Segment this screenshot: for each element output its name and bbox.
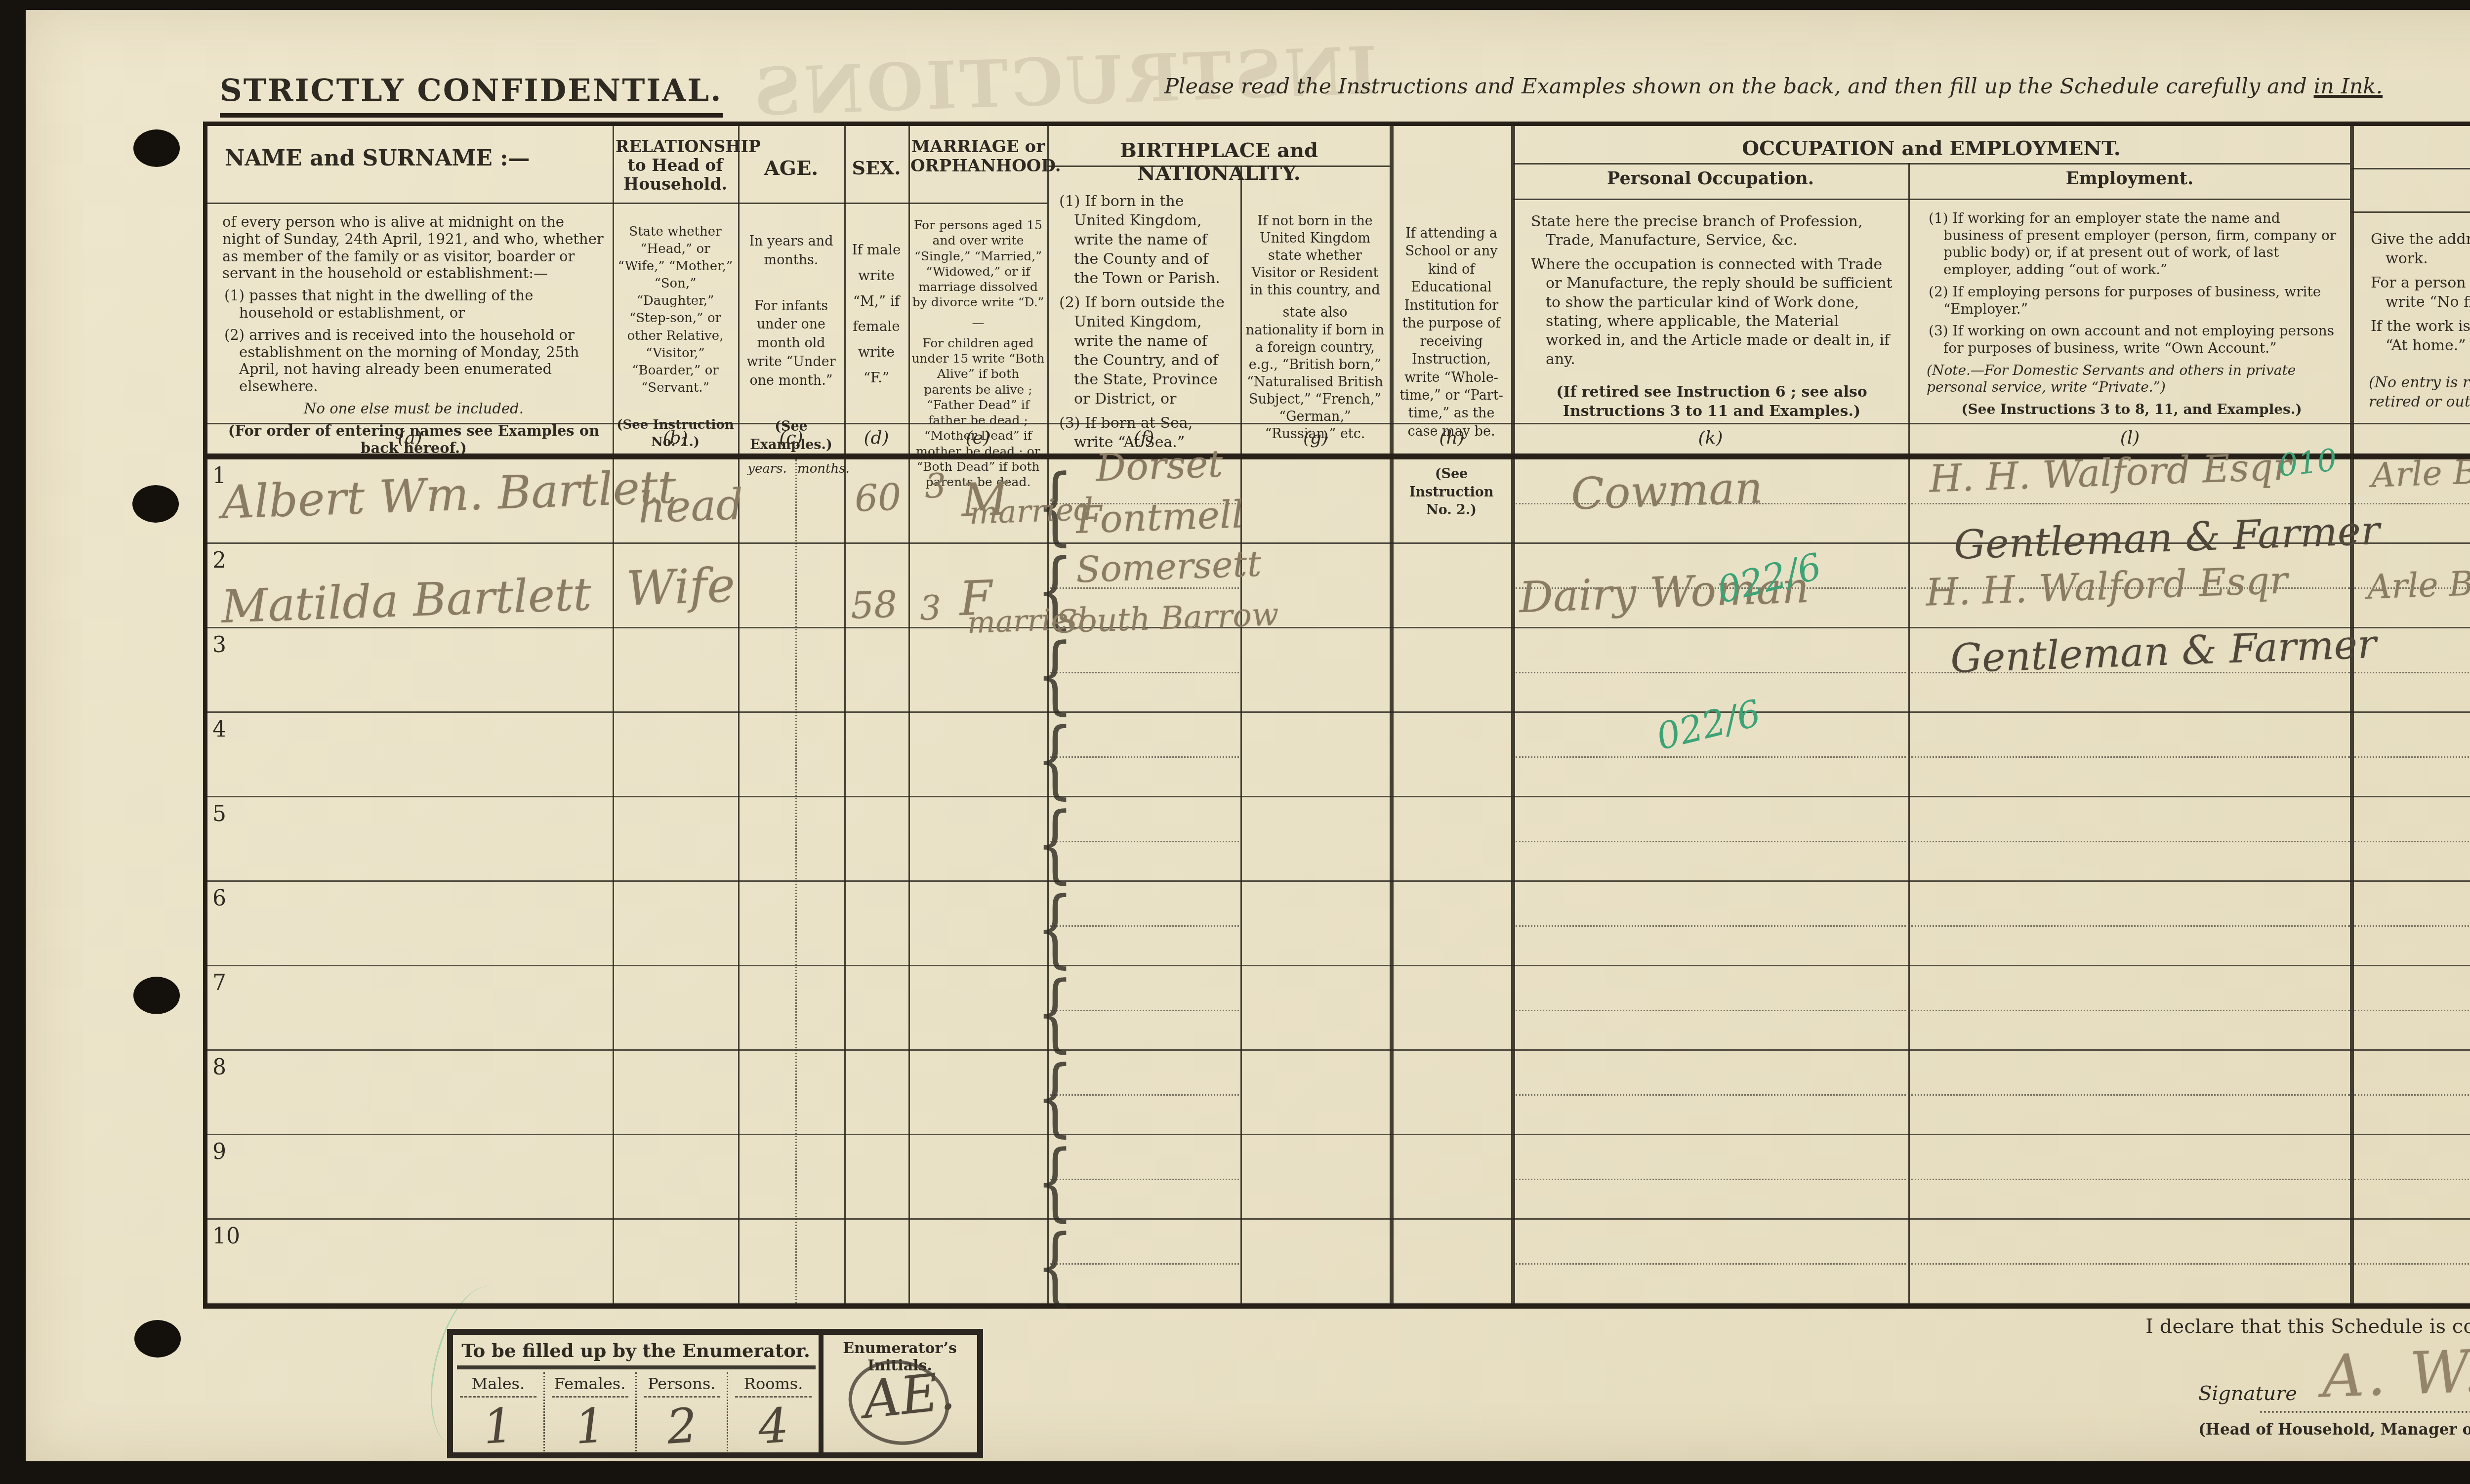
row-number: 2 bbox=[212, 548, 226, 573]
signature-line bbox=[2260, 1411, 2470, 1413]
schedule-row: 10{Under OneAge last birthday.1234567891… bbox=[207, 1220, 2470, 1304]
birthplace-brace: { bbox=[1036, 1216, 1073, 1315]
col-f-description: (1) If born in the United Kingdom, write… bbox=[1057, 192, 1235, 457]
enumerator-summary-value: 4 bbox=[727, 1396, 821, 1457]
writing-guide-line bbox=[1516, 756, 1906, 758]
writing-guide-line bbox=[1516, 1179, 1906, 1180]
hw-age-months-row2: 3 bbox=[919, 588, 942, 628]
enumerator-summary-title: To be filled up by the Enumerator. bbox=[453, 1340, 819, 1361]
writing-guide-line bbox=[1911, 503, 2350, 504]
enumerator-summary-header: Females. bbox=[545, 1372, 635, 1393]
hw-relationship-row1: head bbox=[637, 480, 744, 533]
writing-guide-line bbox=[2354, 672, 2470, 673]
signature-note: (Head of Household, Manager of Establish… bbox=[2119, 1421, 2470, 1439]
col-l-para: (1) If working for an employer state the… bbox=[1927, 210, 2337, 279]
col-l-subtitle: Employment. bbox=[1910, 169, 2349, 189]
writing-guide-line bbox=[2354, 1263, 2470, 1265]
enumerator-summary-header: Rooms. bbox=[728, 1372, 819, 1393]
col-m-para: If the work is carried on mainly at home… bbox=[2369, 317, 2470, 355]
writing-guide-line bbox=[2354, 925, 2470, 927]
punch-hole bbox=[133, 977, 180, 1014]
writing-guide-line bbox=[1050, 1179, 1239, 1180]
row-number: 9 bbox=[212, 1139, 226, 1164]
col-k-description: State here the precise branch of Profess… bbox=[1529, 212, 1894, 426]
enumerator-summary-header: Persons. bbox=[637, 1372, 727, 1393]
punch-hole bbox=[133, 129, 180, 167]
row-number: 7 bbox=[212, 970, 226, 995]
col-c-para: In years and months. bbox=[742, 232, 840, 270]
hw-relationship-row2: Wife bbox=[625, 557, 736, 617]
writing-guide-line bbox=[1516, 1263, 1906, 1265]
schedule-row: 9{Under OneAge last birthday.12345678910… bbox=[207, 1135, 2470, 1220]
writing-guide-line bbox=[1911, 1179, 2350, 1180]
writing-guide-line bbox=[1911, 756, 2350, 758]
schedule-row: 8{Under OneAge last birthday.12345678910… bbox=[207, 1051, 2470, 1135]
col-m-para: Give the address of each person’s place … bbox=[2369, 230, 2470, 268]
row-number: 8 bbox=[212, 1055, 226, 1080]
col-d-para: If male write “M,” if female write “F.” bbox=[847, 237, 906, 391]
col-f-para: (2) If born outside the United Kingdom, … bbox=[1057, 293, 1235, 409]
writing-guide-line bbox=[1911, 1094, 2350, 1096]
writing-guide-line bbox=[2354, 1010, 2470, 1011]
hw-birthplace1-row1: Dorset bbox=[1095, 442, 1224, 490]
writing-guide-line bbox=[1050, 1010, 1239, 1011]
writing-guide-line bbox=[1050, 672, 1239, 673]
col-c-description: In years and months. For infants under o… bbox=[742, 232, 840, 459]
double-rule bbox=[457, 1365, 816, 1369]
col-a-para: No one else must be included. bbox=[222, 400, 605, 417]
enumerator-summary-cell: Rooms.4 bbox=[727, 1372, 819, 1451]
writing-guide-line bbox=[1516, 1010, 1906, 1011]
enumerator-summary-cell: Males.1 bbox=[453, 1372, 543, 1451]
schedule-row: 4{Under OneAge last birthday.12345678910… bbox=[207, 713, 2470, 797]
col-l-description: (1) If working for an employer state the… bbox=[1927, 210, 2337, 423]
writing-guide-line bbox=[1516, 925, 1906, 927]
hw-age-years-row1: 60 bbox=[854, 476, 902, 520]
row-number: 10 bbox=[212, 1224, 240, 1249]
writing-guide-line bbox=[2354, 841, 2470, 842]
green-code-top: 010 bbox=[2277, 442, 2339, 484]
writing-guide-line bbox=[2354, 1094, 2470, 1096]
schedule-row: 5{Under OneAge last birthday.12345678910… bbox=[207, 797, 2470, 882]
col-a-title: NAME and SURNAME :— bbox=[225, 146, 605, 171]
col-e-para: — bbox=[911, 315, 1045, 330]
census-schedule-scan: { "header": { "confidential": "STRICTLY … bbox=[0, 0, 2470, 1484]
hw-marriage-row1: married bbox=[969, 491, 1094, 532]
in-ink-underlined: in Ink. bbox=[2314, 74, 2383, 99]
hw-age-years-row2: 58 bbox=[850, 583, 898, 627]
col-k-para: Where the occupation is connected with T… bbox=[1529, 255, 1894, 369]
col-a-para: (1) passes that night in the dwelling of… bbox=[222, 287, 605, 322]
hw-birthplace1-row2: Somersett bbox=[1075, 542, 1262, 590]
col-m-para: (No entry is required for any person who… bbox=[2369, 373, 2470, 412]
col-l-para: (Note.—For Domestic Servants and others … bbox=[1927, 362, 2337, 396]
schedule-row: 6{Under OneAge last birthday.12345678910… bbox=[207, 882, 2470, 966]
enumerator-initials: AE. bbox=[860, 1361, 958, 1431]
header-rule bbox=[207, 203, 1047, 204]
col-letter-m: (m) bbox=[2351, 428, 2470, 448]
col-c-title: AGE. bbox=[741, 157, 841, 180]
header-rule bbox=[1513, 199, 2350, 200]
enumerator-summary-box: To be filled up by the Enumerator. Males… bbox=[447, 1329, 983, 1458]
col-e-para: For persons aged 15 and over write “Sing… bbox=[911, 217, 1045, 310]
col-a-description: of every person who is alive at midnight… bbox=[222, 213, 605, 461]
col-e-description: For persons aged 15 and over write “Sing… bbox=[911, 217, 1045, 495]
col-d-description: If male write “M,” if female write “F.” bbox=[847, 237, 906, 396]
hw-birthplace2-row1: Fontmell bbox=[1075, 492, 1244, 542]
writing-guide-line bbox=[1050, 925, 1239, 927]
col-m-title: Place of Work. bbox=[2353, 175, 2470, 197]
writing-guide-line bbox=[1911, 1010, 2350, 1011]
col-k-para: (If retired see Instruction 6 ; see also… bbox=[1529, 383, 1894, 421]
row-number: 4 bbox=[212, 717, 226, 742]
signature-label: Signature bbox=[2198, 1382, 2297, 1405]
fill-in-ink-instruction: Please read the Instructions and Example… bbox=[1097, 74, 2450, 99]
enumerator-summary-value: 1 bbox=[451, 1396, 545, 1457]
writing-guide-line bbox=[1050, 1263, 1239, 1265]
col-k-para: State here the precise branch of Profess… bbox=[1529, 212, 1894, 250]
col-l-para: (3) If working on own account and not em… bbox=[1927, 323, 2337, 357]
enumerator-summary-value: 2 bbox=[635, 1396, 729, 1457]
declaration-text: I declare that this Schedule is correctl… bbox=[2050, 1315, 2470, 1338]
col-m-para: For a person with no regular place of wo… bbox=[2369, 273, 2470, 312]
writing-guide-line bbox=[2354, 756, 2470, 758]
col-letter-a: (a) bbox=[207, 428, 613, 448]
writing-guide-line bbox=[2354, 1179, 2470, 1180]
col-b-para: State whether “Head,” or “Wife,” “Mother… bbox=[617, 223, 734, 397]
birthplace-nationality-title: BIRTHPLACE and NATIONALITY. bbox=[1050, 139, 1388, 185]
writing-guide-line bbox=[1911, 841, 2350, 842]
col-f-para: (1) If born in the United Kingdom, write… bbox=[1057, 192, 1235, 288]
col-l-para: (See Instructions 3 to 8, 11, and Exampl… bbox=[1927, 401, 2337, 418]
initials-divider bbox=[819, 1335, 823, 1452]
header-rule bbox=[2351, 168, 2470, 169]
col-d-title: SEX. bbox=[846, 157, 907, 179]
col-l-para: (2) If employing persons for purposes of… bbox=[1927, 284, 2337, 318]
col-c-para: For infants under one month old write “U… bbox=[742, 297, 840, 390]
row-number: 5 bbox=[212, 801, 226, 826]
col-letter-c: (c) bbox=[738, 428, 844, 448]
enumerator-summary-cell: Persons.2 bbox=[635, 1372, 727, 1451]
hw-birthplace2-row2: South Barrow bbox=[1056, 596, 1279, 641]
col-b-title: RELATIONSHIP to Head of Household. bbox=[616, 137, 735, 194]
row-rule bbox=[207, 1303, 2470, 1304]
col-e-title: MARRIAGE or ORPHANHOOD. bbox=[910, 137, 1046, 176]
hw-age-months-row1: 3 bbox=[924, 466, 947, 506]
enumerator-summary-columns: Males.1Females.1Persons.2Rooms.4 bbox=[453, 1372, 819, 1451]
col-letter-d: (d) bbox=[844, 428, 908, 448]
writing-guide-line bbox=[1050, 1094, 1239, 1096]
col-letter-g: (g) bbox=[1240, 428, 1391, 448]
col-letter-e: (e) bbox=[908, 428, 1047, 448]
col-h-para: If attending a School or any kind of Edu… bbox=[1395, 225, 1508, 441]
header-rule bbox=[1513, 163, 2350, 165]
col-b-description: State whether “Head,” or “Wife,” “Mother… bbox=[617, 223, 734, 456]
row-number: 6 bbox=[212, 886, 226, 911]
header-rule bbox=[2351, 211, 2470, 213]
writing-guide-line bbox=[1911, 1263, 2350, 1265]
col-letter-k: (k) bbox=[1513, 428, 1908, 448]
writing-guide-line bbox=[1516, 841, 1906, 842]
instruction-text: Please read the Instructions and Example… bbox=[1164, 74, 2314, 99]
col-g-para: state also nationality if born in a fore… bbox=[1245, 304, 1385, 443]
row-number: 3 bbox=[212, 632, 226, 658]
strictly-confidential-heading: STRICTLY CONFIDENTIAL. bbox=[220, 72, 723, 118]
col-m-description: Give the address of each person’s place … bbox=[2369, 230, 2470, 416]
col-a-para: (2) arrives and is received into the hou… bbox=[222, 327, 605, 395]
col-k-subtitle: Personal Occupation. bbox=[1514, 169, 1907, 189]
writing-guide-line bbox=[1050, 756, 1239, 758]
col-g-description: If not born in the United Kingdom state … bbox=[1245, 212, 1385, 448]
occupation-employment-title: OCCUPATION and EMPLOYMENT. bbox=[1513, 137, 2350, 160]
punch-hole bbox=[134, 1320, 181, 1358]
enumerator-summary-cell: Females.1 bbox=[543, 1372, 635, 1451]
col-a-para: of every person who is alive at midnight… bbox=[222, 213, 605, 282]
hw-occupation-row1: Cowman bbox=[1570, 462, 1764, 519]
schedule-row: 7{Under OneAge last birthday.12345678910… bbox=[207, 966, 2470, 1051]
writing-guide-line bbox=[2354, 503, 2470, 504]
col-g-para: If not born in the United Kingdom state … bbox=[1245, 212, 1385, 299]
punch-hole bbox=[132, 485, 179, 523]
enumerator-summary-header: Males. bbox=[453, 1372, 543, 1393]
col-letter-b: (b) bbox=[613, 428, 738, 448]
enumerator-summary-value: 1 bbox=[543, 1396, 637, 1457]
writing-guide-line bbox=[1050, 841, 1239, 842]
writing-guide-line bbox=[1516, 672, 1906, 673]
writing-guide-line bbox=[1911, 925, 2350, 927]
writing-guide-line bbox=[1516, 1094, 1906, 1096]
col-letter-h: (h) bbox=[1391, 428, 1513, 448]
